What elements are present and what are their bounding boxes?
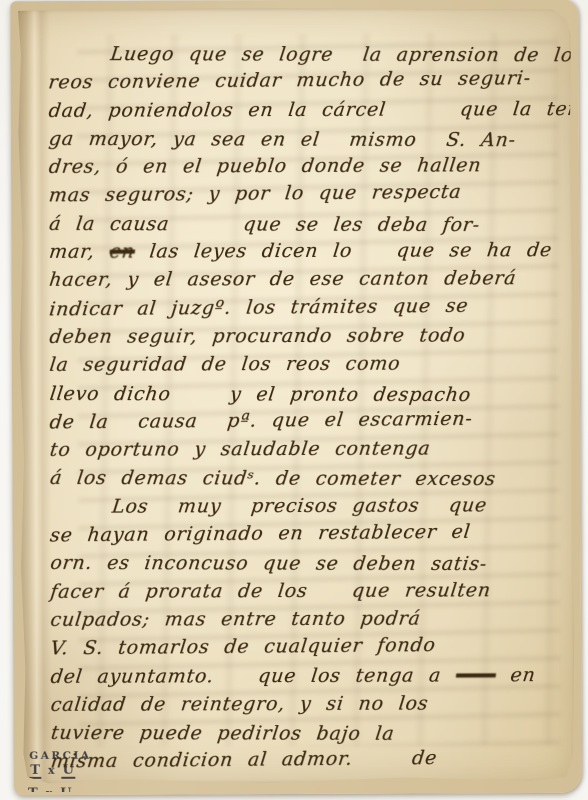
manuscript-line: la seguridad de los reos como bbox=[48, 349, 576, 379]
handwritten-text-block: Luego que se logre la aprension de los r… bbox=[47, 38, 575, 776]
manuscript-line: del ayuntamto. que los tenga a —— en bbox=[49, 661, 577, 691]
manuscript-line: ga mayor, ya sea en el mismo S. An- bbox=[47, 125, 575, 155]
stamp-letter-x: x bbox=[46, 787, 53, 792]
manuscript-line: mar, en las leyes dicen lo que se ha de bbox=[48, 236, 576, 266]
manuscript-line: facer á prorata de los que resulten bbox=[49, 576, 577, 606]
manuscript-line: hacer, y el asesor de ese canton deberá bbox=[48, 264, 576, 294]
manuscript-line: reos conviene cuidar mucho de su seguri- bbox=[47, 64, 576, 97]
stamp-letter-u: U bbox=[59, 787, 72, 792]
manuscript-line: dad, poniendolos en la cárcel que la ten… bbox=[47, 95, 575, 125]
manuscript-line: orn. es inconcuso que se deben satis- bbox=[49, 549, 577, 579]
stamp-letter-t: T bbox=[27, 787, 39, 792]
line-segment: del ayuntamto. que los tenga a bbox=[49, 664, 457, 687]
manuscript-line: V. S. tomarlos de cualquier fondo bbox=[49, 630, 578, 663]
manuscript-line: se hayan originado en restablecer el bbox=[48, 517, 577, 550]
line-segment: en bbox=[494, 664, 537, 686]
manuscript-line: á la causa que se les deba for- bbox=[47, 210, 575, 240]
manuscript-line: calidad de reintegro, y si no los bbox=[49, 689, 577, 719]
scan-background: GARCIA T x U Luego que se logre la apren… bbox=[0, 0, 588, 800]
manuscript-line: Los muy precisos gastos que bbox=[48, 491, 576, 521]
clipped-txu-stamp: T x U bbox=[27, 785, 73, 792]
struck-word: en bbox=[108, 241, 136, 263]
manuscript-line: á los demas ciudˢ. de cometer excesos bbox=[48, 464, 576, 494]
manuscript-line: de la causa pª. que el escarmien- bbox=[48, 404, 577, 437]
line-segment: las leyes dicen lo que se ha de bbox=[133, 239, 553, 262]
manuscript-line: mas seguros; y por lo que respecta bbox=[47, 177, 576, 210]
manuscript-page: GARCIA T x U Luego que se logre la apren… bbox=[7, 7, 577, 785]
manuscript-line: to oportuno y saludable contenga bbox=[48, 434, 576, 464]
line-segment: mar, bbox=[48, 241, 111, 263]
manuscript-line: indicar al juzgº. los trámites que se bbox=[48, 290, 577, 323]
stamp-letter-t: T bbox=[29, 764, 41, 779]
struck-scribble: —— bbox=[455, 664, 497, 686]
manuscript-line: deben seguir, procurando sobre todo bbox=[48, 321, 576, 351]
stamp-txu-row: T x U bbox=[27, 787, 73, 792]
manuscript-line: misma condicion al admor. de bbox=[49, 743, 578, 776]
